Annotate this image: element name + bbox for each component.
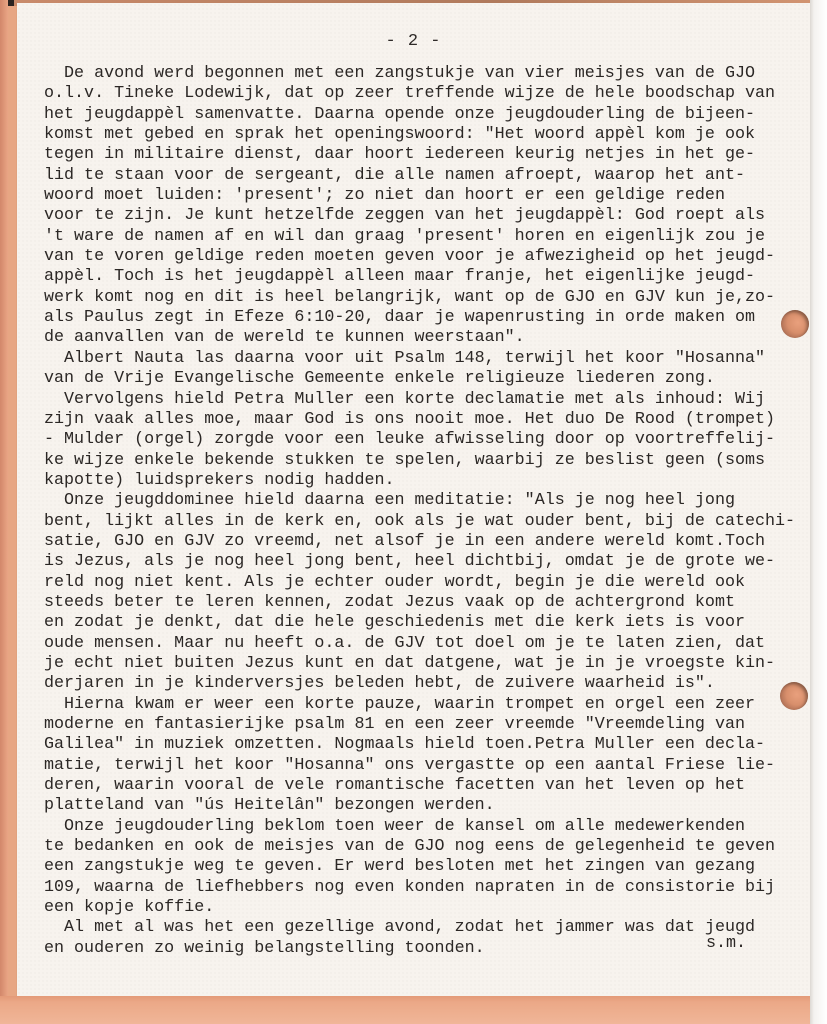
text-line: zijn vaak alles moe, maar God is ons noo…: [44, 410, 804, 430]
text-line: is Jezus, als je nog heel jong bent, hee…: [44, 552, 804, 572]
text-line: Vervolgens hield Petra Muller een korte …: [44, 390, 804, 410]
text-line: kapotte) luidsprekers nodig hadden.: [44, 471, 804, 491]
text-line: Al met al was het een gezellige avond, z…: [44, 918, 804, 938]
text-line: moderne en fantasierijke psalm 81 en een…: [44, 715, 804, 735]
text-line: het jeugdappèl samenvatte. Daarna opende…: [44, 105, 804, 125]
text-line: steeds beter te leren kennen, zodat Jezu…: [44, 593, 804, 613]
text-line: De avond werd begonnen met een zangstukj…: [44, 64, 804, 84]
text-line: bent, lijkt alles in de kerk en, ook als…: [44, 512, 804, 532]
scan-right-strip: [810, 0, 827, 1024]
text-line: van te voren geldige reden moeten geven …: [44, 247, 804, 267]
text-line: en ouderen zo weinig belangstelling toon…: [44, 939, 804, 959]
signature: s.m.: [706, 934, 746, 953]
text-line: reld nog niet kent. Als je echter ouder …: [44, 573, 804, 593]
text-line: van de Vrije Evangelische Gemeente enkel…: [44, 369, 804, 389]
text-line: Onze jeugdouderling beklom toen weer de …: [44, 817, 804, 837]
text-line: te bedanken en ook de meisjes van de GJO…: [44, 837, 804, 857]
text-line: Hierna kwam er weer een korte pauze, waa…: [44, 695, 804, 715]
text-line: derjaren in je kinderversjes beleden heb…: [44, 674, 804, 694]
document-body: De avond werd begonnen met een zangstukj…: [44, 64, 804, 959]
text-line: lid te staan voor de sergeant, die alle …: [44, 166, 804, 186]
text-line: Albert Nauta las daarna voor uit Psalm 1…: [44, 349, 804, 369]
text-line: je echt niet buiten Jezus kunt en dat da…: [44, 654, 804, 674]
text-line: woord moet luiden: 'present'; zo niet da…: [44, 186, 804, 206]
text-line: 109, waarna de liefhebbers nog even kond…: [44, 878, 804, 898]
scan-bottom-edge: [0, 996, 810, 1024]
text-line: komst met gebed en sprak het openingswoo…: [44, 125, 804, 145]
text-line: en zodat je denkt, dat die hele geschied…: [44, 613, 804, 633]
text-line: matie, terwijl het koor "Hosanna" ons ve…: [44, 756, 804, 776]
text-line: werk komt nog en dit is heel belangrijk,…: [44, 288, 804, 308]
text-line: voor te zijn. Je kunt hetzelfde zeggen v…: [44, 206, 804, 226]
text-line: satie, GJO en GJV zo vreemd, net alsof j…: [44, 532, 804, 552]
page-number: - 2 -: [0, 32, 827, 51]
text-line: tegen in militaire dienst, daar hoort ie…: [44, 145, 804, 165]
text-line: appèl. Toch is het jeugdappèl alleen maa…: [44, 267, 804, 287]
text-line: als Paulus zegt in Efeze 6:10-20, daar j…: [44, 308, 804, 328]
text-line: - Mulder (orgel) zorgde voor een leuke a…: [44, 430, 804, 450]
text-line: oude mensen. Maar nu heeft o.a. de GJV t…: [44, 634, 804, 654]
text-line: een zangstukje weg te geven. Er werd bes…: [44, 857, 804, 877]
text-line: een kopje koffie.: [44, 898, 804, 918]
text-line: Galilea" in muziek omzetten. Nogmaals hi…: [44, 735, 804, 755]
text-line: ke wijze enkele bekende stukken te spele…: [44, 451, 804, 471]
text-line: 't ware de namen af en wil dan graag 'pr…: [44, 227, 804, 247]
text-line: Onze jeugddominee hield daarna een medit…: [44, 491, 804, 511]
text-line: de aanvallen van de wereld te kunnen wee…: [44, 328, 804, 348]
text-line: o.l.v. Tineke Lodewijk, dat op zeer tref…: [44, 84, 804, 104]
scan-left-edge: [0, 0, 8, 1024]
text-line: platteland van "ús Heitelân" bezongen we…: [44, 796, 804, 816]
text-line: deren, waarin vooral de vele romantische…: [44, 776, 804, 796]
